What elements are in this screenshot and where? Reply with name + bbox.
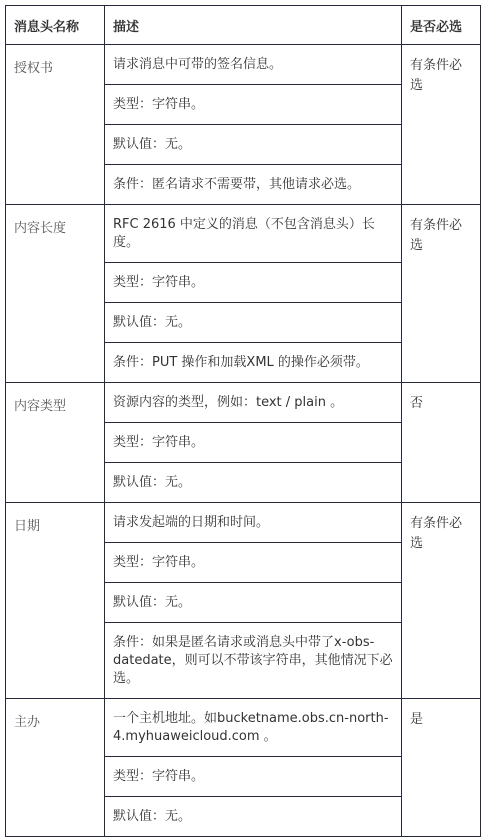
table-header-row: 消息头名称 描述 是否必选 <box>6 6 481 45</box>
row-description: RFC 2616 中定义的消息（不包含消息头）长度。 类型：字符串。 默认值：无… <box>105 205 402 383</box>
row-description: 一个主机地址。如bucketname.obs.cn-north-4.myhuaw… <box>105 699 402 829</box>
row-required: 有条件必选 <box>402 45 481 205</box>
description-line: 类型：字符串。 <box>105 757 401 797</box>
description-line: 类型：字符串。 <box>105 543 401 583</box>
description-line: 条件：如果是匿名请求或消息头中带了x-obs-datedate，则可以不带该字符… <box>105 623 401 698</box>
header-required: 是否必选 <box>402 6 481 45</box>
description-line: 类型：字符串。 <box>105 423 401 463</box>
description-line: 请求消息中可带的签名信息。 <box>105 45 401 85</box>
description-line: 一个主机地址。如bucketname.obs.cn-north-4.myhuaw… <box>105 699 401 757</box>
description-line: 类型：字符串。 <box>105 263 401 303</box>
row-name: 内容长度 <box>6 205 105 383</box>
description-line: 默认值：无。 <box>105 463 401 502</box>
row-name: 日期 <box>6 503 105 699</box>
table-row: 主办 一个主机地址。如bucketname.obs.cn-north-4.myh… <box>6 699 481 829</box>
description-line: 类型：字符串。 <box>105 85 401 125</box>
row-required: 有条件必选 <box>402 503 481 699</box>
row-description: 请求发起端的日期和时间。 类型：字符串。 默认值：无。 条件：如果是匿名请求或消… <box>105 503 402 699</box>
row-name: 主办 <box>6 699 105 829</box>
table-row: 内容类型 资源内容的类型，例如：text / plain 。 类型：字符串。 默… <box>6 383 481 503</box>
description-line: 默认值：无。 <box>105 583 401 623</box>
description-line: 请求发起端的日期和时间。 <box>105 503 401 543</box>
table-row: 授权书 请求消息中可带的签名信息。 类型：字符串。 默认值：无。 条件：匿名请求… <box>6 45 481 205</box>
description-line: 条件：PUT 操作和加载XML 的操作必须带。 <box>105 343 401 382</box>
row-name: 授权书 <box>6 45 105 205</box>
row-description: 资源内容的类型，例如：text / plain 。 类型：字符串。 默认值：无。 <box>105 383 402 503</box>
header-description: 描述 <box>105 6 402 45</box>
table-row: 内容长度 RFC 2616 中定义的消息（不包含消息头）长度。 类型：字符串。 … <box>6 205 481 383</box>
row-required: 是 <box>402 699 481 829</box>
row-description: 请求消息中可带的签名信息。 类型：字符串。 默认值：无。 条件：匿名请求不需要带… <box>105 45 402 205</box>
description-line: 条件：匿名请求不需要带，其他请求必选。 <box>105 165 401 204</box>
row-name: 内容类型 <box>6 383 105 503</box>
description-line: 默认值：无。 <box>105 125 401 165</box>
description-line: 默认值：无。 <box>105 303 401 343</box>
row-required: 有条件必选 <box>402 205 481 383</box>
description-line: 默认值：无。 <box>105 797 401 828</box>
row-required: 否 <box>402 383 481 503</box>
request-headers-table: 消息头名称 描述 是否必选 授权书 请求消息中可带的签名信息。 类型：字符串。 … <box>5 5 481 828</box>
description-line: 资源内容的类型，例如：text / plain 。 <box>105 383 401 423</box>
description-line: RFC 2616 中定义的消息（不包含消息头）长度。 <box>105 205 401 263</box>
header-name: 消息头名称 <box>6 6 105 45</box>
table-row: 日期 请求发起端的日期和时间。 类型：字符串。 默认值：无。 条件：如果是匿名请… <box>6 503 481 699</box>
